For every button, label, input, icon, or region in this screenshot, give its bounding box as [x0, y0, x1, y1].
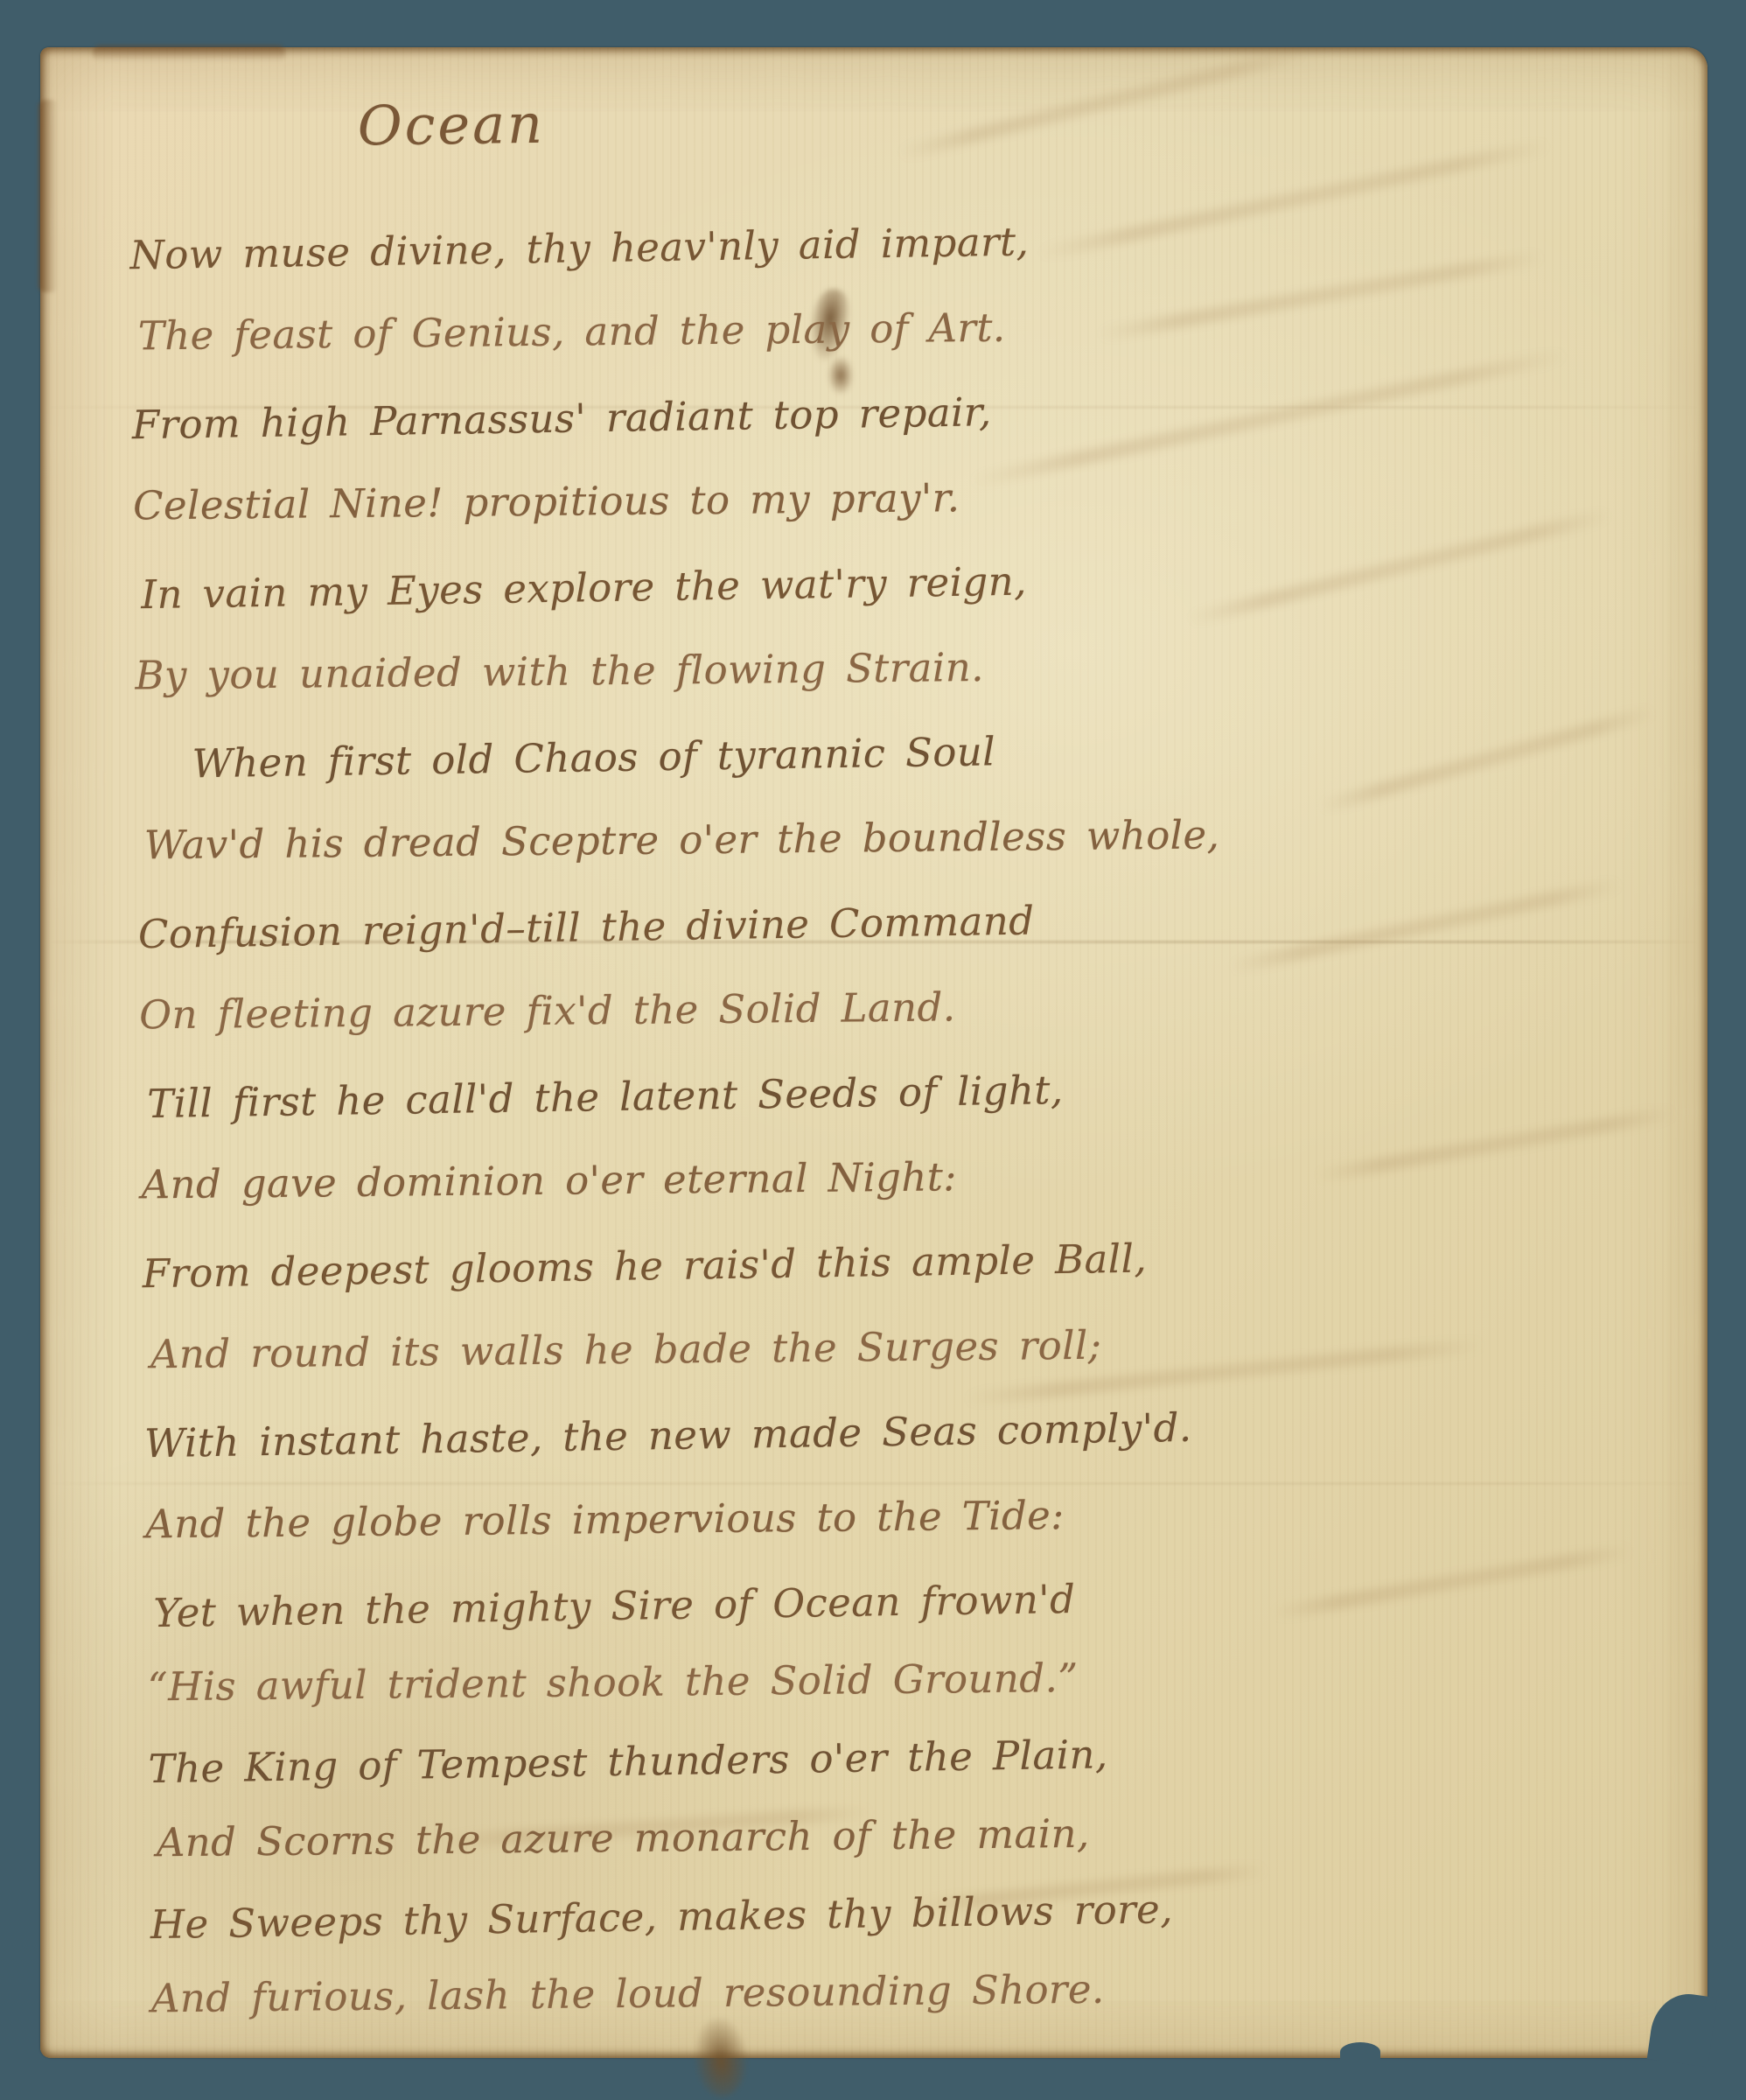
paper-wear-left [38, 100, 58, 292]
manuscript-page: Ocean Now muse divine, thy heav'nly aid … [40, 47, 1708, 2058]
paper-wear-top [93, 45, 285, 61]
title-row: Ocean [128, 79, 1636, 230]
poem-title: Ocean [357, 92, 545, 158]
manuscript-scan: Ocean Now muse divine, thy heav'nly aid … [0, 0, 1746, 2100]
poem-body: Ocean Now muse divine, thy heav'nly aid … [128, 79, 1658, 2055]
poem-lines: Now muse divine, thy heav'nly aid impart… [129, 212, 1658, 2055]
paper-tear [1340, 2042, 1380, 2061]
poem-line: And furious, lash the loud resounding Sh… [151, 1961, 1659, 2054]
